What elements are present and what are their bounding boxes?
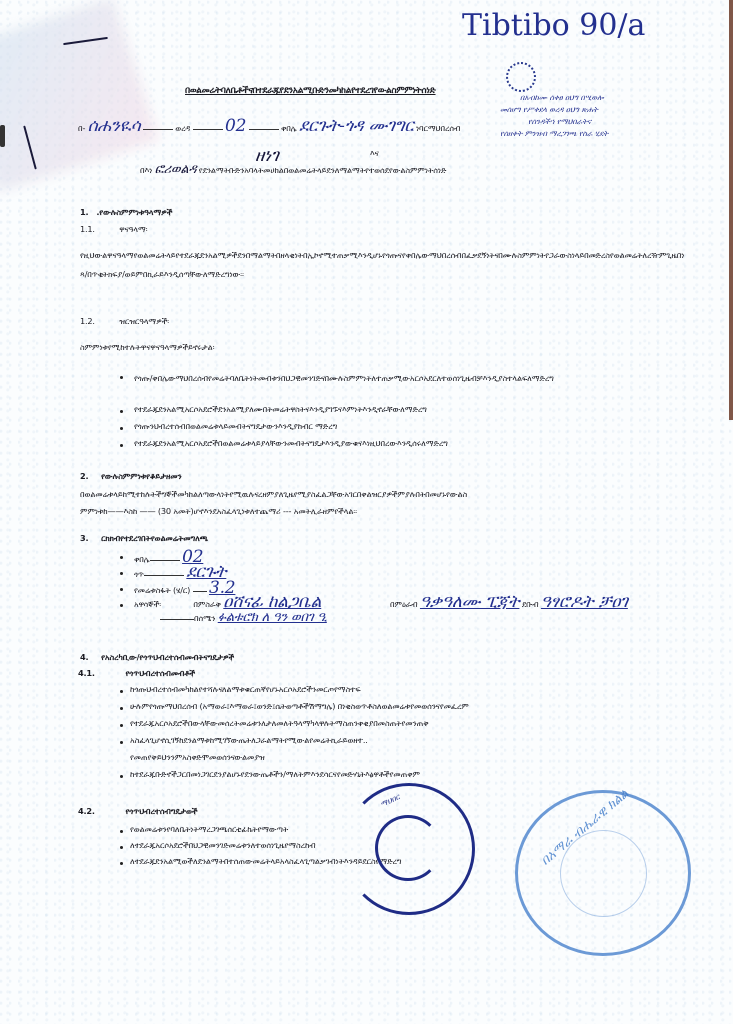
list-item: ሁሉምየጎጡማህበረሰብ (አማወራ፤እማወራ፤ወንድ፤ሴትወጣቶችሽማግሌ) … bbox=[130, 701, 469, 712]
section4-2-heading: 4.2. የጎጥህብረተሰብግዴታወች bbox=[78, 806, 198, 817]
second-party-line: በእነ ፎሪወልዳ የደንልማትቡድንአባላትመሀከልበወልመሬትላይደንለማል… bbox=[140, 162, 446, 177]
side-note-line: መሰሆግ የሥቀደላ ወረዳ ዐህግ ጽሐት bbox=[500, 104, 608, 116]
section-title: ዝርዝርዓላማዎች፡ bbox=[119, 316, 169, 326]
bullet bbox=[120, 707, 123, 710]
section-number: 4.2. bbox=[78, 806, 95, 816]
section4-1-heading: 4.1. የጎጥህብረተሰብመብቶች bbox=[78, 668, 195, 679]
list-item: ለተደራጁአርሶአደሮችበህጋዊመንገድመሬቱንለተወሰነጊዜየማስረከብ bbox=[130, 840, 316, 851]
section1-1-body: የዚህውልዋናዓላማየወልመሬትላይየተደራጁደንአልሚዎችደንበማልማትበዘላ… bbox=[80, 246, 690, 284]
fill-line bbox=[143, 128, 173, 130]
fill-line bbox=[193, 128, 223, 130]
section-title: የጎጥህብረተሰብግዴታወች bbox=[125, 806, 197, 816]
list-item-continuation: የመጠየቅይህንንምአስቀድሞመወሰንናውልመያዝ bbox=[130, 752, 265, 763]
section2-heading: 2. የውሉስምምነቱየቆይታዘመን bbox=[80, 471, 182, 482]
woreda-label: ወረዳ bbox=[175, 123, 190, 133]
side-note-line: በአብከሙ ሰቀፀ ዐህግ በሢወሎ bbox=[520, 92, 608, 104]
section-number: 2. bbox=[80, 471, 88, 481]
bullet bbox=[120, 572, 123, 575]
bullet bbox=[120, 830, 123, 833]
bullet bbox=[120, 588, 123, 591]
south-label: ደቡብ bbox=[522, 599, 539, 609]
party-kebele-handwritten: ሰሐንዪሳ bbox=[88, 116, 141, 136]
scan-smudge bbox=[0, 0, 159, 193]
second-party-rest: የደንልማትቡድንአባላትመሀከልበወልመሬትላይደንለማልማትየተወሰደየውል… bbox=[199, 165, 447, 175]
west-south-field: በምዕራብ ዓቃዓለሙ ፒጃት ደቡብ ዓፃሮዶት ቻዐገ bbox=[390, 592, 628, 612]
section2-body-line1: በወልመሬቱላይከሚተከሉትችግኞችመካከልለጣውላነትየሚዉሉናረዘምያለጊዜ… bbox=[80, 489, 467, 500]
bullet bbox=[120, 410, 123, 413]
section-title: ርክክብየተደረገበትየወልመሬትመግለጫ bbox=[101, 533, 208, 543]
section-number: 4.1. bbox=[78, 668, 95, 678]
north-label: በሰሜን bbox=[194, 613, 215, 623]
bullet bbox=[120, 556, 123, 559]
field-label: አዋሳኞች፡ bbox=[134, 599, 161, 609]
bullet bbox=[120, 604, 123, 607]
small-seal-stamp bbox=[506, 62, 536, 92]
side-note-line: የሰዘቀት ምንዝብ ማረጋገጫ የስራ ሂደት bbox=[500, 128, 608, 140]
kebele-value: ደርጉት-ጎዳ ሙገግር bbox=[299, 116, 413, 136]
woreda-value: 02 bbox=[225, 116, 246, 136]
official-stamp-left-inner bbox=[375, 815, 441, 881]
group-name-handwritten: ፎሪወልዳ bbox=[155, 162, 197, 177]
side-note: በአብከሙ ሰቀፀ ዐህግ በሢወሎ መሰሆግ የሥቀደላ ወረዳ ዐህግ ጽሐ… bbox=[520, 92, 608, 140]
bullet bbox=[120, 427, 123, 430]
bullet bbox=[120, 724, 123, 727]
west-value: ዓቃዓለሙ ፒጃት bbox=[420, 592, 519, 612]
section1-1-heading: 1.1. ዋናዓላማ፡ bbox=[80, 224, 147, 235]
list-item: የጎጡንህብረተሰብበወልመሬቱላይመብትናግዴታውንእንዲያከብር ማድረግ bbox=[134, 421, 337, 432]
section-number: 1. bbox=[80, 207, 88, 217]
bullet bbox=[120, 775, 123, 778]
section2-body-line2: ምምነቱከ——እስከ —— (30 አመት)ሆኖእንደአስፈላጊነቱለተጨማሪ … bbox=[80, 506, 357, 517]
section1-2-heading: 1.2. ዝርዝርዓላማዎች፡ bbox=[80, 316, 169, 327]
list-item: የወልመሬቱንየባለቤትነትማረጋገጫሰርቲፊኬትየማውጣት bbox=[130, 824, 288, 835]
bullet bbox=[120, 741, 123, 744]
community-label: ነባርማህበረሰብ bbox=[416, 123, 460, 133]
section-number: 1.2. bbox=[80, 316, 95, 326]
bullet bbox=[120, 444, 123, 447]
list-item: የተደራጁደንአልሚአርሶአደሮችደንአልሚያለሙበትመሬትዋስትናእንዲያገኙ… bbox=[134, 404, 427, 415]
section-number: 1.1. bbox=[80, 224, 95, 234]
east-label: በምስራቅ bbox=[193, 599, 221, 609]
section1-2-intro: ስምምነቱየሚከተሉትዋናዋናዓላማዎችይኖሩታል፡ bbox=[80, 342, 214, 353]
boundaries-field: አዋሳኞች፡ በምስራቅ ዐሸናፊ ከልጋቤል bbox=[134, 592, 321, 612]
list-item: የተደራጁአርሶአደሮችበውላቸውመሰረትመሬቱንለታለመለትዓላማካላዋሉትማ… bbox=[130, 718, 429, 729]
section-title: የውሉስምምነቱየቆይታዘመን bbox=[101, 471, 182, 481]
kebele-label: ቀበሌ bbox=[281, 123, 297, 133]
section1-heading: 1. .የውሉስምምነቱዓላማዎች bbox=[80, 207, 172, 218]
bullet bbox=[120, 862, 123, 865]
section-title: የውሉስምምነቱዓላማዎች bbox=[99, 207, 172, 217]
north-field: በሰሜን ፉልቱሮክ ለ ዓን ወበገ ዒ bbox=[160, 610, 327, 625]
south-value: ዓፃሮዶት ቻዐገ bbox=[541, 592, 628, 612]
side-note-line: የሰንዳችኀ የማህበራትና bbox=[528, 116, 608, 128]
west-label: በምዕራብ bbox=[390, 599, 418, 609]
party-line: በ- ሰሐንዪሳ ወረዳ 02 ቀበሌ ደርጉት-ጎዳ ሙገግር ነባርማህበረ… bbox=[78, 116, 460, 136]
list-item: የጎጡ/ቀበሌውማህበረሰብየመሬትባለቤትነትመብቱንበህጋዊመንገድናበሙሉ… bbox=[134, 370, 689, 386]
list-item: ከተደራጁቡድኖችጋርበመነጋገርደንያልሆኑየደንውጤቶችን/ማለትምእንደሳ… bbox=[130, 769, 420, 780]
bullet bbox=[120, 376, 123, 379]
section-number: 4. bbox=[80, 652, 88, 662]
document-title: በወልመሬትባለቤቶችናበተደራጁየደንአልሚቡድንመካከልየተደረገየውልስም… bbox=[185, 86, 436, 96]
group-note-handwritten: ዘነገ bbox=[255, 146, 279, 166]
section-title: የጎጥህብረተሰብመብቶች bbox=[125, 668, 195, 678]
list-item: ከጎጡህብረተሰብመካከልየተሻሉናለልማቱቁርጠኛየሆኑአርሶአደሮችንመርጦ… bbox=[130, 684, 361, 695]
and-label: እና bbox=[370, 148, 379, 159]
list-item: አስፈላጊሆኖሲገኝከደንልማቱከሚገኘውጤትለጋራልማትየሚውልየመሬትኪራይ… bbox=[130, 735, 368, 746]
east-value: ዐሸናፊ ከልጋቤል bbox=[223, 592, 321, 612]
second-party-prefix: በእነ bbox=[140, 165, 152, 175]
north-value: ፉልቱሮክ ለ ዓን ወበገ ዒ bbox=[218, 610, 327, 625]
handwritten-top-note: Tibtibo 90/a bbox=[462, 8, 645, 43]
fill-line bbox=[249, 128, 279, 130]
section3-heading: 3. ርክክብየተደረገበትየወልመሬትመግለጫ bbox=[80, 533, 208, 544]
section-number: 3. bbox=[80, 533, 88, 543]
bullet bbox=[120, 846, 123, 849]
section-title: ዋናዓላማ፡ bbox=[119, 224, 147, 234]
bullet bbox=[120, 690, 123, 693]
party-prefix: በ- bbox=[78, 123, 85, 133]
page-edge bbox=[729, 0, 733, 420]
section4-heading: 4. የአስረካቢው/የጎጥህብረተሰብመብትናግዴታዎች bbox=[80, 652, 234, 663]
pen-stroke bbox=[0, 125, 5, 147]
section-title: የአስረካቢው/የጎጥህብረተሰብመብትናግዴታዎች bbox=[101, 652, 234, 662]
list-item: የተደራጁደንአልሚአርሶአደሮችበወልመሬቱላይያላቸውንመብትናግዴታእንዲ… bbox=[134, 438, 448, 449]
